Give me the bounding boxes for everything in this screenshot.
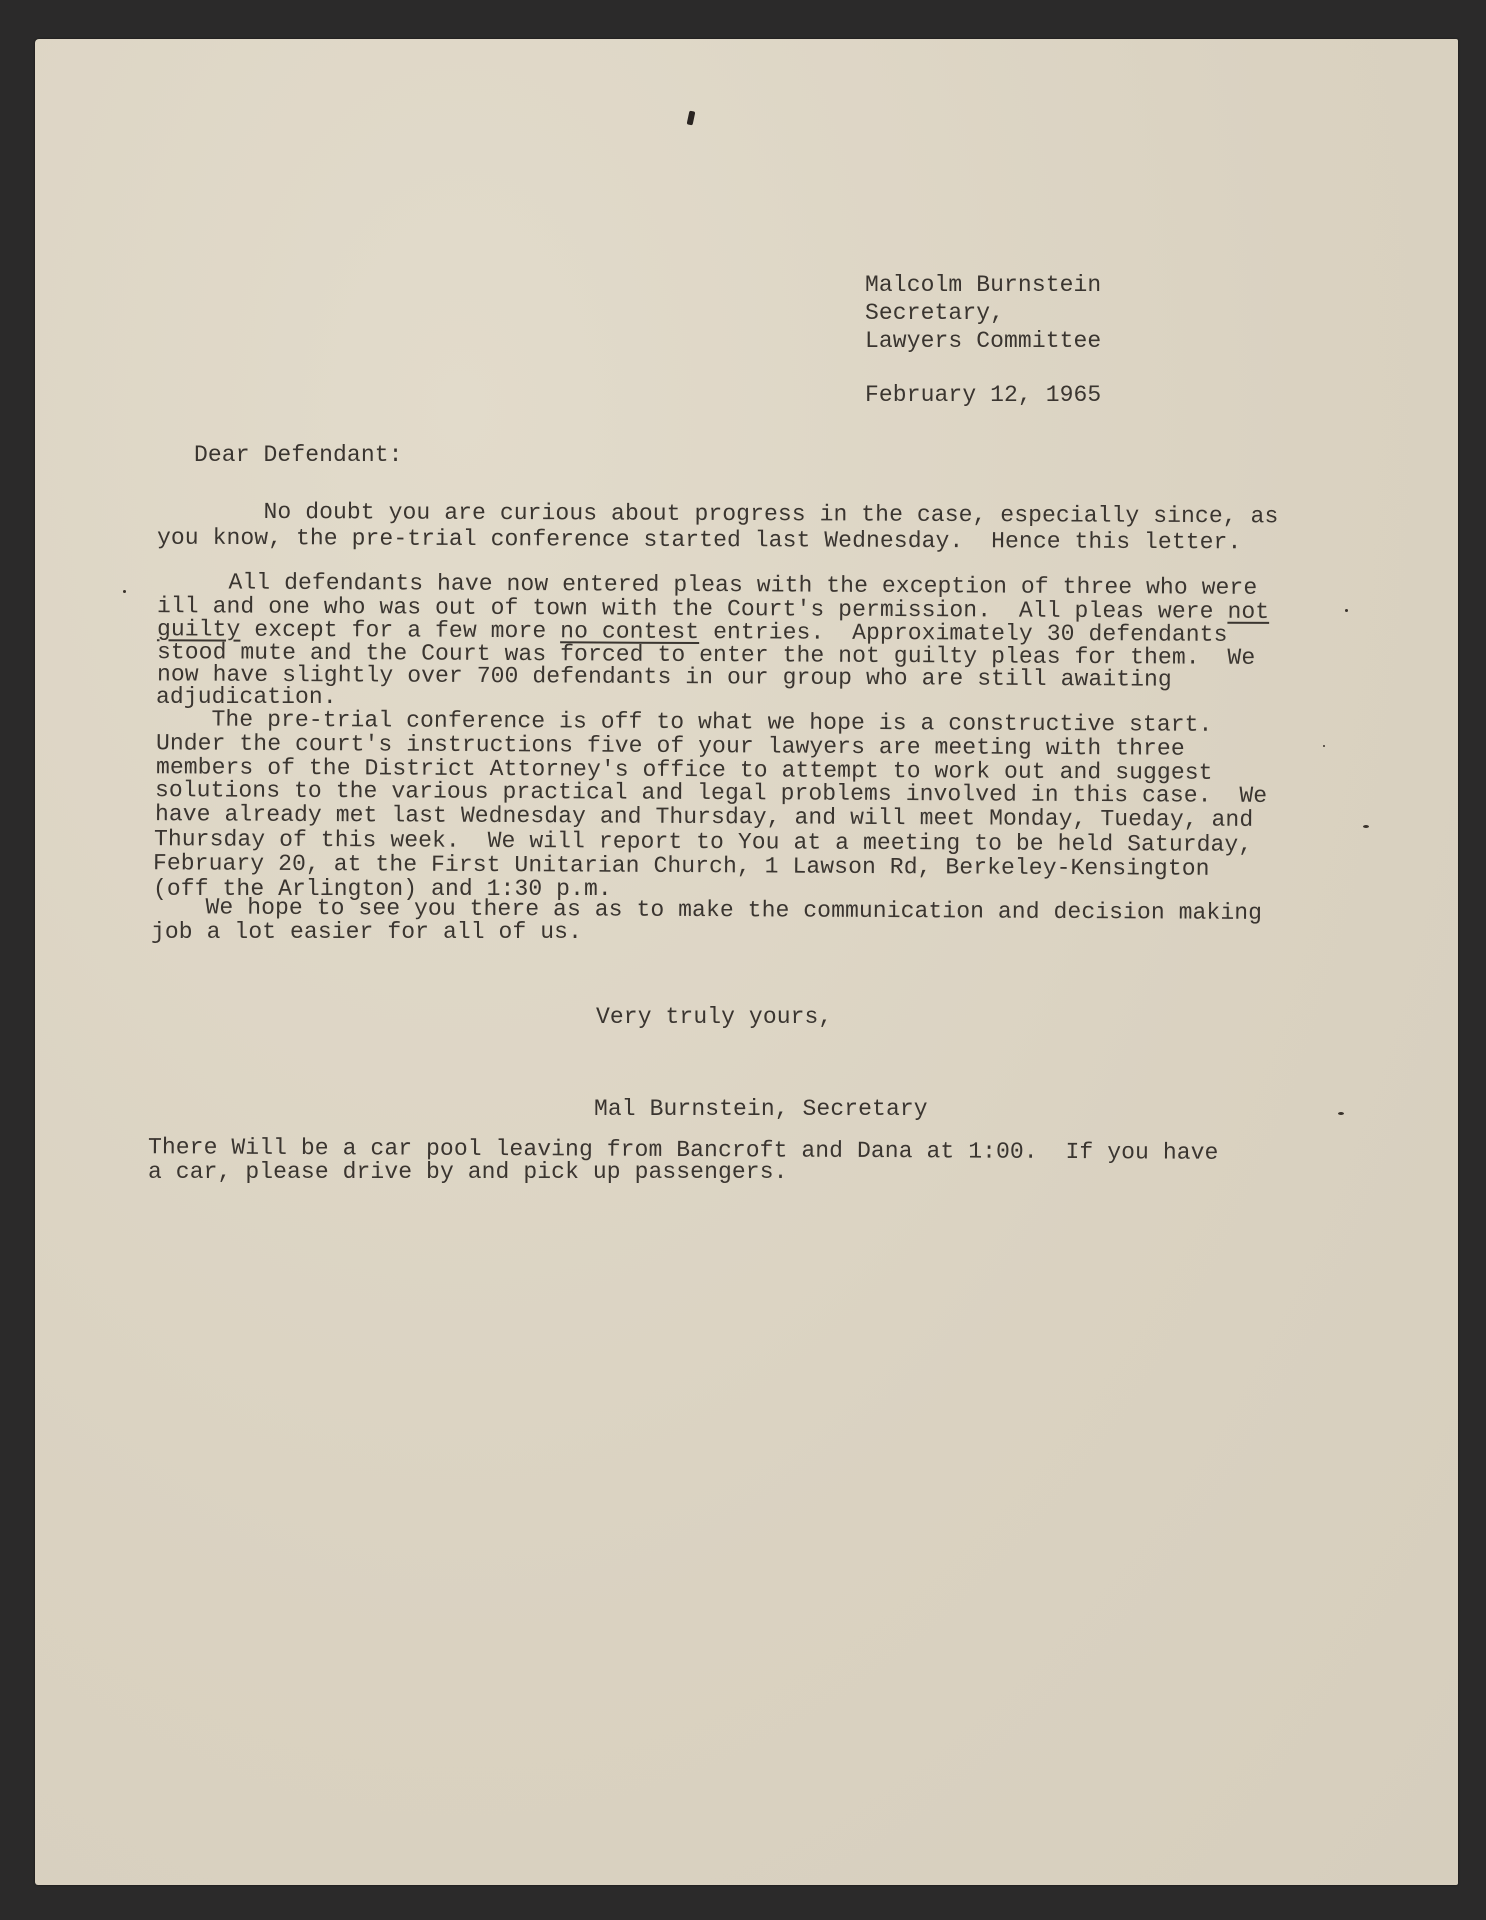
letter-date: February 12, 1965 [865, 382, 1101, 409]
paragraph-line: job a lot easier for all of us. [151, 919, 582, 946]
ink-mark [687, 111, 696, 126]
signature: Mal Burnstein, Secretary [594, 1096, 928, 1123]
closing: Very truly yours, [596, 1004, 832, 1031]
speck [1345, 609, 1348, 612]
speck [1323, 745, 1325, 747]
letter-page: Malcolm Burnstein Secretary, Lawyers Com… [35, 39, 1458, 1885]
salutation: Dear Defendant: [194, 442, 403, 469]
speck [1363, 825, 1369, 828]
speck [123, 590, 126, 593]
postscript-line: a car, please drive by and pick up passe… [148, 1159, 788, 1186]
sender-name: Malcolm Burnstein [865, 272, 1101, 299]
speck [1338, 1112, 1344, 1115]
sender-title: Secretary, [865, 300, 1004, 327]
sender-organization: Lawyers Committee [865, 328, 1101, 355]
paragraph-line: you know, the pre-trial conference start… [157, 525, 1241, 557]
underlined-word: not [1227, 599, 1269, 625]
